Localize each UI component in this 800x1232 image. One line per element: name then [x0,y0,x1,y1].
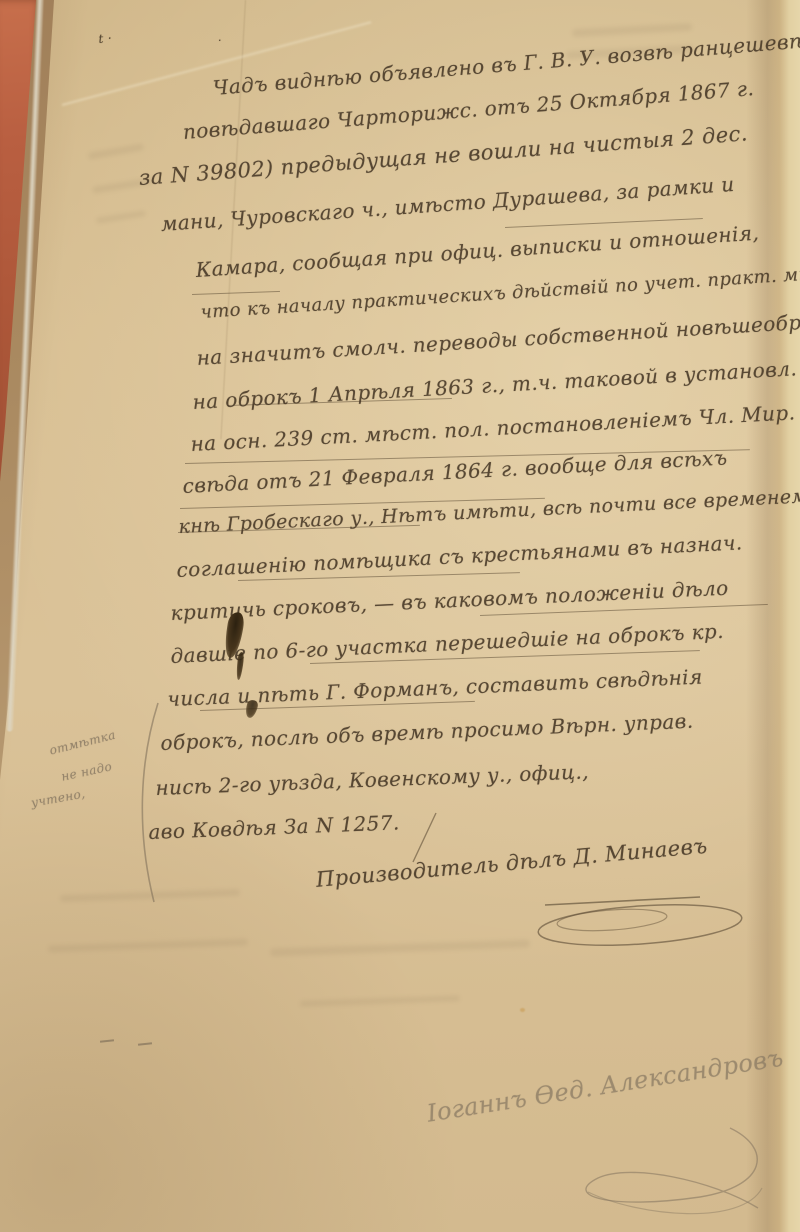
top-left-ink-mark: t · [98,31,113,46]
clerk-signature-flourish [556,906,667,934]
pencil-bracket [142,703,158,902]
top-ink-dot: · [218,34,222,47]
clerk-signature-flourish [537,899,743,951]
manuscript-photo: t · · Чадъ виднѣю объявлено въ Г. В. У. … [0,0,800,1232]
flourish-stroke [545,897,700,905]
ink-slash [413,813,436,862]
owner-signature-flourish [586,1128,758,1208]
